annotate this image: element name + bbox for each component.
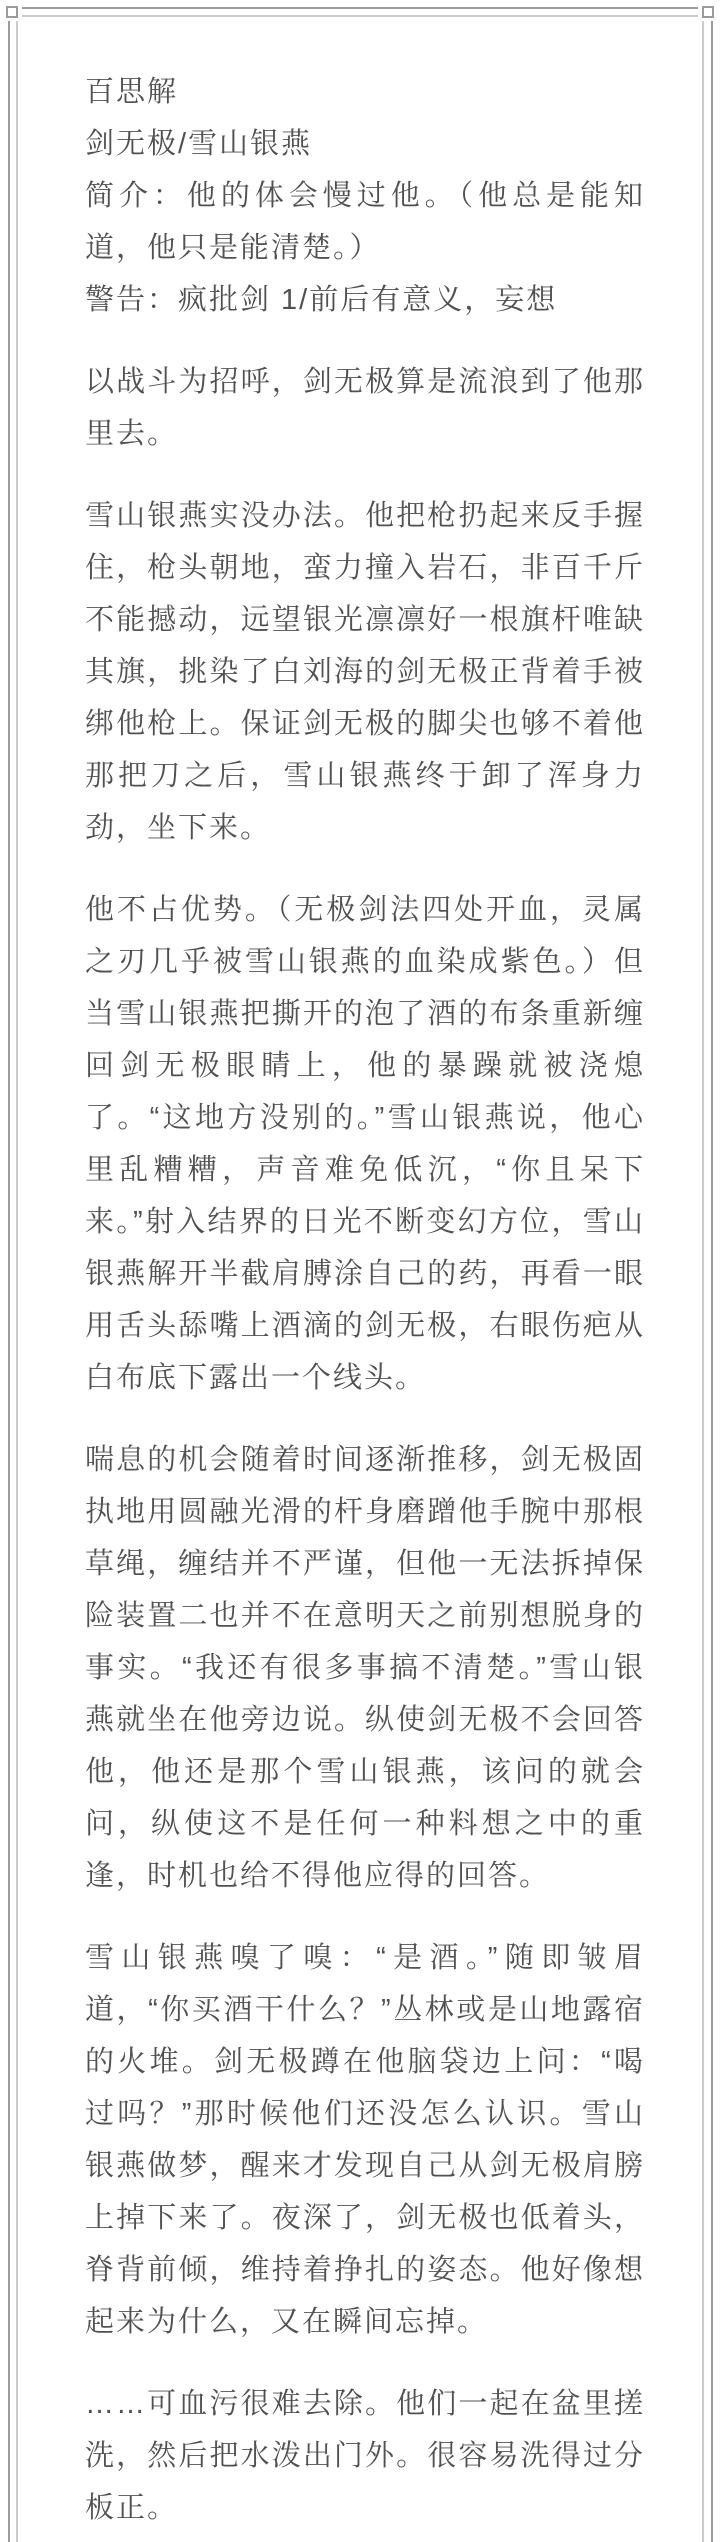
story-paragraph: ……可血污很难去除。他们一起在盆里搓洗，然后把水泼出门外。很容易洗得过分板正。 xyxy=(85,2378,645,2534)
frame-right-inner-line xyxy=(702,21,704,2542)
story-title: 百思解 xyxy=(85,66,645,118)
story-paragraph: 喘息的机会随着时间逐渐推移，剑无极固执地用圆融光滑的杆身磨蹭他手腕中那根草绳，缠… xyxy=(85,1434,645,1902)
story-paragraph: 他不占优势。（无极剑法四处开血，灵属之刃几乎被雪山银燕的血染成紫色。）但当雪山银… xyxy=(85,884,645,1404)
frame-right-outer-line xyxy=(711,21,713,2542)
story-pairing: 剑无极/雪山银燕 xyxy=(85,118,645,170)
frame-top-inner-line xyxy=(22,15,698,17)
story-page: 百思解 剑无极/雪山银燕 简介：他的体会慢过他。（他总是能知道，他只是能清楚。）… xyxy=(0,0,720,2542)
frame-corner-top-left xyxy=(6,6,18,18)
story-summary: 简介：他的体会慢过他。（他总是能知道，他只是能清楚。） xyxy=(85,170,645,274)
story-paragraph: 以战斗为招呼，剑无极算是流浪到了他那里去。 xyxy=(85,356,645,460)
story-paragraph: 雪山银燕嗅了嗅：“是酒。”随即皱眉道，“你买酒干什么？”丛林或是山地露宿的火堆。… xyxy=(85,1932,645,2348)
story-content: 百思解 剑无极/雪山银燕 简介：他的体会慢过他。（他总是能知道，他只是能清楚。）… xyxy=(85,66,645,2534)
frame-left-outer-line xyxy=(8,21,10,2542)
frame-left-inner-line xyxy=(16,21,18,2542)
frame-corner-top-right xyxy=(702,6,714,18)
story-warning: 警告：疯批剑 1/前后有意义，妄想 xyxy=(85,274,645,326)
frame-top-outer-line xyxy=(22,7,698,9)
story-paragraph: 雪山银燕实没办法。他把枪扔起来反手握住，枪头朝地，蛮力撞入岩石，非百千斤不能撼动… xyxy=(85,490,645,854)
